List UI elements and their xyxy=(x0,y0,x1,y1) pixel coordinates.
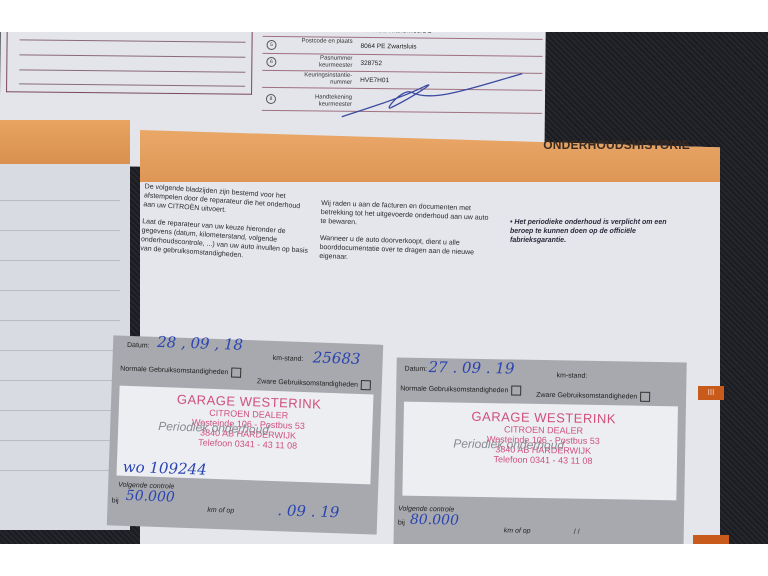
date-value: 28 , 09 , 18 xyxy=(157,333,243,354)
normal-usage: Normale Gebruiksomstandigheden xyxy=(400,384,521,396)
page-title: ONDERHOUDSHISTORIE xyxy=(543,138,690,152)
date-value: 27 . 09 . 19 xyxy=(428,358,514,377)
normal-usage: Normale Gebruiksomstandigheden xyxy=(120,364,241,378)
date-label: Datum: xyxy=(127,342,150,350)
maintenance-booklet: ONDERHOUDSHISTORIE De volgende bladzijde… xyxy=(0,90,740,544)
row-value: 8064 PE Zwartsluis xyxy=(361,43,417,51)
photo: De Grote Kranerweerd 2 5 Postcode en pla… xyxy=(0,32,768,544)
lined-box xyxy=(6,32,253,95)
street-value: De Grote Kranerweerd 2 xyxy=(361,32,432,35)
section-tab: III xyxy=(698,386,724,400)
intro-paragraph: Laat de reparateur van uw keuze hieronde… xyxy=(140,217,310,265)
intro-column-1: De volgende bladzijden zijn bestemd voor… xyxy=(139,182,312,273)
km-or-date-label: km of op xyxy=(504,527,531,534)
normal-usage-label: Normale Gebruiksomstandigheden xyxy=(120,365,228,376)
stamp-phone: Telefoon 0341 - 43 11 08 xyxy=(443,453,643,466)
dealer-stamp: GARAGE WESTERINK CITROEN DEALER Westeind… xyxy=(148,391,350,453)
next-date-value: . 09 . 19 xyxy=(277,501,340,521)
km-label: km-stand: xyxy=(273,355,304,363)
heavy-usage-checkbox[interactable] xyxy=(640,392,650,402)
row-label: Postcode en plaats xyxy=(293,38,353,46)
normal-usage-checkbox[interactable] xyxy=(511,385,521,395)
row-number: 5 xyxy=(267,40,277,50)
heavy-usage: Zware Gebruiksomstandigheden xyxy=(257,376,371,390)
km-label: km-stand: xyxy=(556,372,587,380)
service-entry-1: Datum: 28 , 09 , 18 km-stand: 25683 Norm… xyxy=(107,335,383,534)
bij-label: bij xyxy=(111,497,118,504)
heavy-usage-checkbox[interactable] xyxy=(361,380,371,390)
warranty-note-text: Het periodieke onderhoud is verplicht om… xyxy=(510,219,667,244)
km-or-date-label: km of op xyxy=(207,507,234,515)
stamp-area: GARAGE WESTERINK CITROEN DEALER Westeind… xyxy=(117,386,374,485)
date-label: Datum: xyxy=(405,366,428,373)
row-number: 6 xyxy=(266,57,276,67)
bij-label: bij xyxy=(398,520,405,527)
heavy-usage: Zware Gebruiksomstandigheden xyxy=(536,390,650,402)
service-entry-2: Datum: 27 . 09 . 19 km-stand: Normale Ge… xyxy=(393,357,686,544)
warranty-note: • Het periodieke onderhoud is verplicht … xyxy=(510,218,690,245)
dealer-stamp: GARAGE WESTERINK CITROEN DEALER Westeind… xyxy=(443,408,644,466)
page-number: 25 xyxy=(693,535,729,544)
stamp-area: GARAGE WESTERINK CITROEN DEALER Westeind… xyxy=(402,402,678,501)
heavy-usage-label: Zware Gebruiksomstandigheden xyxy=(536,392,637,401)
heavy-usage-label: Zware Gebruiksomstandigheden xyxy=(257,378,358,389)
stamp-overlay: Periodiek onderhoud xyxy=(453,436,564,452)
next-date-value: / / xyxy=(574,529,580,536)
normal-usage-label: Normale Gebruiksomstandigheden xyxy=(400,385,508,394)
next-km-value: 50.000 xyxy=(126,488,176,506)
next-km-value: 80.000 xyxy=(410,512,459,529)
intro-paragraph: Wij raden u aan de facturen en documente… xyxy=(320,199,496,232)
km-value: 25683 xyxy=(312,348,360,368)
normal-usage-checkbox[interactable] xyxy=(231,367,241,377)
intro-paragraph: Wanneer u de auto doorverkoopt, dient u … xyxy=(319,234,495,267)
intro-column-2: Wij raden u aan de facturen en documente… xyxy=(319,199,496,275)
handwritten-note: wo 109244 xyxy=(123,458,207,479)
